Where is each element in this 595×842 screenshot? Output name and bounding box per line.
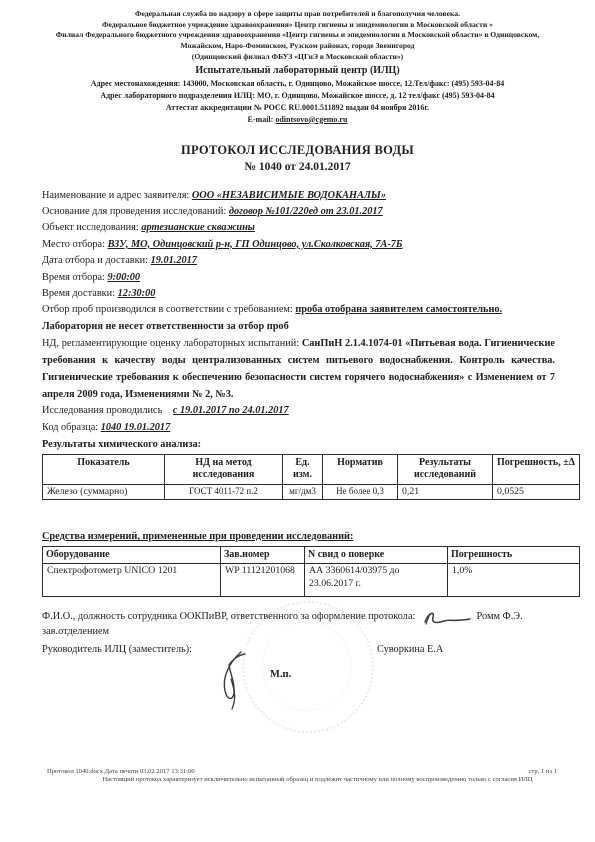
responsible-officer-name: Ромм Ф.Э. [477, 611, 523, 622]
chem-header-result: Результаты исследований [398, 454, 493, 484]
field-time-delivery-label: Время доставки: [42, 288, 115, 299]
field-object-label: Объект исследования: [42, 222, 139, 233]
chem-data-row: Железо (суммарно) ГОСТ 4011-72 п.2 мг/дм… [43, 484, 580, 500]
ilc-head-name: Суворкина Е.А [377, 642, 443, 657]
protocol-number-date: № 1040 от 24.01.2017 [0, 161, 595, 173]
chem-results-table: Показатель НД на метод исследования Ед. … [42, 454, 580, 501]
field-research-period: Исследования проводились с 19.01.2017 по… [42, 403, 575, 419]
responsible-officer-row: Ф.И.О., должность сотрудника ООКПиВР, от… [42, 607, 575, 624]
field-sample-code-label: Код образца: [42, 422, 98, 433]
header-line-federal-service: Федеральная служба по надзору в сфере за… [0, 9, 595, 20]
field-basis-label: Основание для проведения исследований: [42, 206, 226, 217]
instr-header-error: Погрешность [448, 546, 580, 564]
field-place-value: ВЗУ, МО, Одинцовский р-н, ГП Одинцово, у… [108, 239, 403, 250]
lab-center-name: Испытательный лабораторный центр (ИЛЦ) [0, 65, 595, 78]
header-accreditation: Аттестат аккредитации № РОСС RU.0001.511… [0, 102, 595, 114]
chem-header-row: Показатель НД на метод исследования Ед. … [43, 454, 580, 484]
chem-header-indicator: Показатель [43, 454, 165, 484]
field-basis: Основание для проведения исследований: д… [42, 204, 575, 220]
header-line-districts: Можайском, Наро-Фоминском, Рузском район… [0, 41, 595, 52]
email-address: odintsovo@cgemo.ru [275, 115, 347, 124]
footer-print-info: Протокол 1040.docx Дата печати 03.02.201… [47, 768, 195, 775]
header-line-branch-short: (Одинцовский филиал ФБУЗ «ЦГиЭ в Московс… [0, 52, 595, 63]
email-label: E-mail: [248, 115, 274, 124]
field-date-label: Дата отбора и доставки: [42, 255, 148, 266]
chem-cell-indicator: Железо (суммарно) [43, 484, 165, 500]
nd-label: НД, регламентирующие оценку лабораторных… [42, 338, 299, 349]
protocol-fields: Наименование и адрес заявителя: ООО «НЕЗ… [42, 188, 575, 598]
responsible-officer-label: Ф.И.О., должность сотрудника ООКПиВР, от… [42, 611, 415, 622]
chem-cell-method: ГОСТ 4011-72 п.2 [165, 484, 283, 500]
instr-header-serial: Зав.номер [221, 546, 305, 564]
chem-cell-norm: Не более 0,3 [323, 484, 398, 500]
header-email-line: E-mail: odintsovo@cgemo.ru [0, 114, 595, 126]
instr-cell-equipment: Спектрофотометр UNICO 1201 [43, 564, 221, 597]
chem-header-norm: Норматив [323, 454, 398, 484]
instr-header-certificate: N свид о поверке [305, 546, 448, 564]
protocol-title-block: ПРОТОКОЛ ИССЛЕДОВАНИЯ ВОДЫ № 1040 от 24.… [0, 143, 595, 173]
field-sample-code-value: 1040 19.01.2017 [101, 422, 171, 433]
footer-note: Настоящий протокол характеризует исключи… [0, 776, 595, 783]
field-claimant-value: ООО «НЕЗАВИСИМЫЕ ВОДОКАНАЛЫ» [192, 190, 386, 201]
field-research-period-label: Исследования проводились [42, 405, 162, 416]
signature-area: Ф.И.О., должность сотрудника ООКПиВР, от… [42, 607, 575, 657]
director-signature [217, 649, 251, 711]
field-time-delivery: Время доставки: 12:30:00 [42, 286, 575, 302]
field-claimant-label: Наименование и адрес заявителя: [42, 190, 189, 201]
chem-results-title: Результаты химического анализа: [42, 437, 575, 453]
field-object: Объект исследования: артезианские скважи… [42, 220, 575, 236]
document-footer: Протокол 1040.docx Дата печати 03.02.201… [0, 768, 595, 783]
field-place-label: Место отбора: [42, 239, 105, 250]
field-research-period-value: с 19.01.2017 по 24.01.2017 [173, 405, 289, 416]
chem-header-method: НД на метод исследования [165, 454, 283, 484]
field-sample-code: Код образца: 1040 19.01.2017 [42, 420, 575, 436]
header-address-2: Адрес лабораторного подразделения ИЛЦ: М… [0, 90, 595, 102]
lab-disclaimer: Лаборатория не несет ответственности за … [42, 319, 575, 335]
instruments-header-row: Оборудование Зав.номер N свид о поверке … [43, 546, 580, 564]
field-date-value: 19.01.2017 [151, 255, 197, 266]
field-date: Дата отбора и доставки: 19.01.2017 [42, 253, 575, 269]
instruments-table: Оборудование Зав.номер N свид о поверке … [42, 546, 580, 598]
header-address-1: Адрес местонахождения: 143000, Московска… [0, 78, 595, 90]
footer-page-number: стр. 1 из 1 [528, 768, 557, 775]
header-line-branch: Филиал Федерального бюджетного учреждени… [0, 30, 595, 41]
chem-cell-result: 0,21 [398, 484, 493, 500]
chem-header-unit: Ед. изм. [283, 454, 323, 484]
protocol-document-page: Федеральная служба по надзору в сфере за… [0, 0, 595, 842]
instruments-title: Средства измерений, примененные при пров… [42, 529, 575, 545]
header-line-institution: Федеральное бюджетное учреждение здравоо… [0, 20, 595, 31]
department-head-row: зав.отделением [42, 624, 575, 639]
field-basis-value: договор №101/220ед от 23.01.2017 [229, 206, 383, 217]
chem-cell-error: 0,0525 [493, 484, 580, 500]
instruments-data-row: Спектрофотометр UNICO 1201 WP 1112120106… [43, 564, 580, 597]
field-time-delivery-value: 12:30:00 [118, 288, 156, 299]
chem-header-error: Погрешность, ±Δ [493, 454, 580, 484]
field-sampling-requirement-value: проба отобрана заявителем самостоятельно… [295, 304, 502, 315]
stamp-place-label: М.п. [270, 669, 291, 680]
footer-meta-row: Протокол 1040.docx Дата печати 03.02.201… [0, 768, 595, 775]
nd-paragraph: НД, регламентирующие оценку лабораторных… [42, 335, 555, 403]
field-object-value: артезианские скважины [141, 222, 255, 233]
instr-cell-serial: WP 11121201068 [221, 564, 305, 597]
field-sampling-requirement: Отбор проб производился в соответствии с… [42, 302, 575, 318]
instr-header-equipment: Оборудование [43, 546, 221, 564]
ilc-head-label: Руководитель ИЛЦ (заместитель): [42, 642, 192, 657]
field-time-sampling-label: Время отбора: [42, 272, 105, 283]
field-place: Место отбора: ВЗУ, МО, Одинцовский р-н, … [42, 237, 575, 253]
field-sampling-requirement-label: Отбор проб производился в соответствии с… [42, 304, 293, 315]
instr-cell-error: 1,0% [448, 564, 580, 597]
document-header: Федеральная служба по надзору в сфере за… [0, 0, 595, 126]
protocol-title: ПРОТОКОЛ ИССЛЕДОВАНИЯ ВОДЫ [0, 143, 595, 158]
field-time-sampling-value: 9:00:00 [107, 272, 140, 283]
field-time-sampling: Время отбора: 9:00:00 [42, 270, 575, 286]
field-claimant: Наименование и адрес заявителя: ООО «НЕЗ… [42, 188, 575, 204]
instr-cell-certificate: АА 3360614/03975 до 23.06.2017 г. [305, 564, 448, 597]
chem-cell-unit: мг/дм3 [283, 484, 323, 500]
